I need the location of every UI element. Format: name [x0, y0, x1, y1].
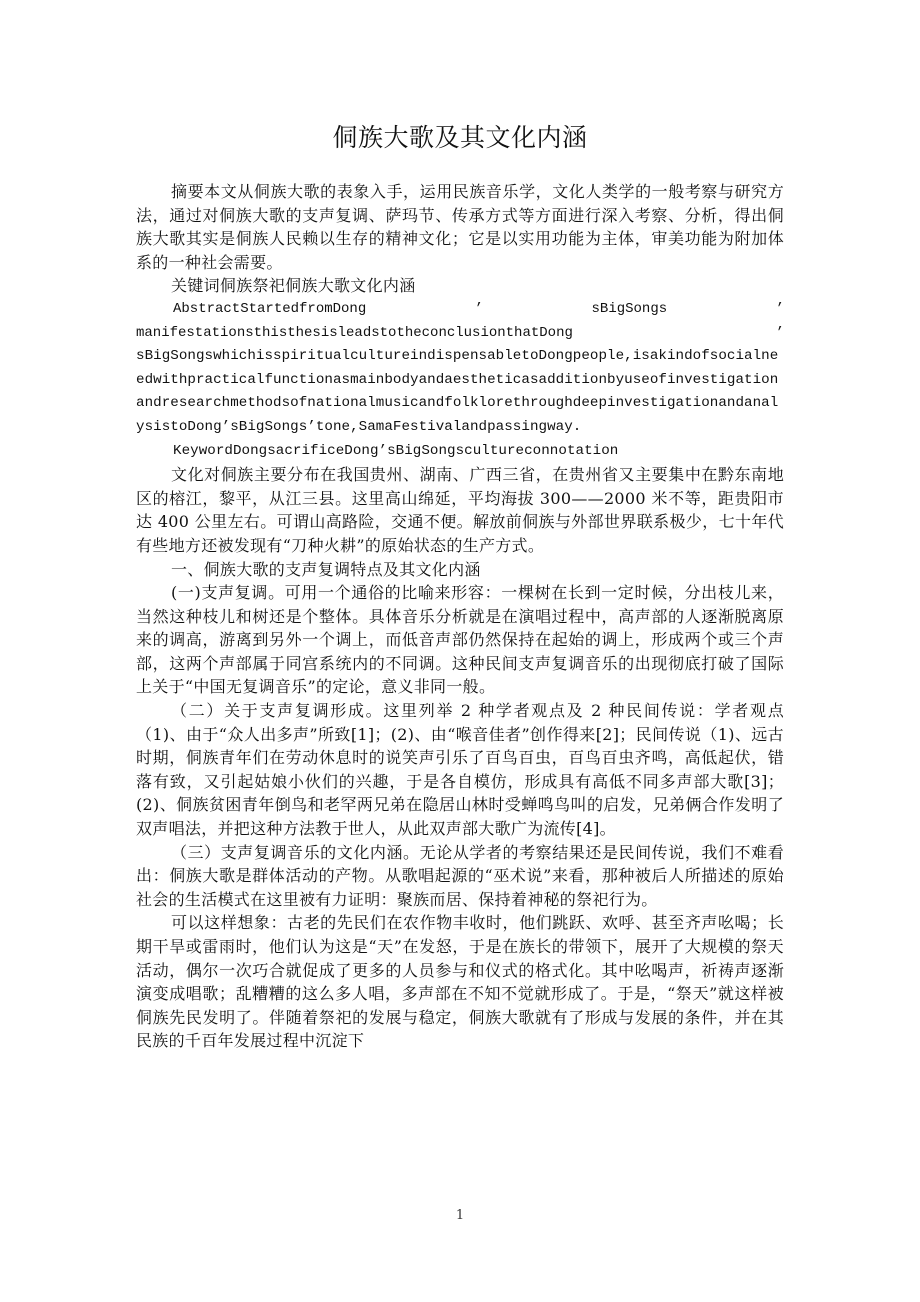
en-fragment: ’: [776, 322, 784, 346]
document-title: 侗族大歌及其文化内涵: [0, 118, 920, 154]
abstract-english: AbstractStartedfromDong ’ sBigSongs ’ ma…: [136, 298, 784, 440]
abstract-english-line-2: manifestationsthisthesisleadstotheconclu…: [136, 322, 784, 346]
en-fragment: ’: [776, 298, 784, 322]
keywords-english: KeywordDongsacrificeDong’sBigSongscultur…: [136, 440, 784, 464]
page-number: 1: [0, 1208, 920, 1223]
paragraph-intro: 文化对侗族主要分布在我国贵州、湖南、广西三省，在贵州省又主要集中在黔东南地区的榕…: [136, 463, 784, 557]
paragraph-1-2: （二）关于支声复调形成。这里列举 2 种学者观点及 2 种民间传说：学者观点（1…: [136, 699, 784, 841]
section-heading-1: 一、侗族大歌的支声复调特点及其文化内涵: [136, 558, 784, 582]
abstract-chinese: 摘要本文从侗族大歌的表象入手，运用民族音乐学，文化人类学的一般考察与研究方法，通…: [136, 180, 784, 274]
paragraph-1-3: （三）支声复调音乐的文化内涵。无论从学者的考察结果还是民间传说，我们不难看出：侗…: [136, 841, 784, 912]
paragraph-1-1: (一)支声复调。可用一个通俗的比喻来形容：一棵树在长到一定时候，分出枝儿来，当然…: [136, 581, 784, 699]
en-fragment: ’: [475, 298, 483, 322]
en-fragment: AbstractStartedfromDong: [173, 298, 366, 322]
keywords-chinese: 关键词侗族祭祀侗族大歌文化内涵: [136, 274, 784, 298]
document-page: 侗族大歌及其文化内涵 摘要本文从侗族大歌的表象入手，运用民族音乐学，文化人类学的…: [0, 0, 920, 1302]
paragraph-imagine: 可以这样想象：古老的先民们在农作物丰收时，他们跳跃、欢呼、甚至齐声吆喝；长期干旱…: [136, 911, 784, 1053]
document-body: 摘要本文从侗族大歌的表象入手，运用民族音乐学，文化人类学的一般考察与研究方法，通…: [136, 180, 784, 1053]
en-fragment: sBigSongs: [592, 298, 668, 322]
abstract-english-line-1: AbstractStartedfromDong ’ sBigSongs ’: [136, 298, 784, 322]
abstract-english-body: sBigSongswhichisspiritualcultureindispen…: [136, 345, 784, 439]
en-fragment: manifestationsthisthesisleadstotheconclu…: [136, 322, 573, 346]
